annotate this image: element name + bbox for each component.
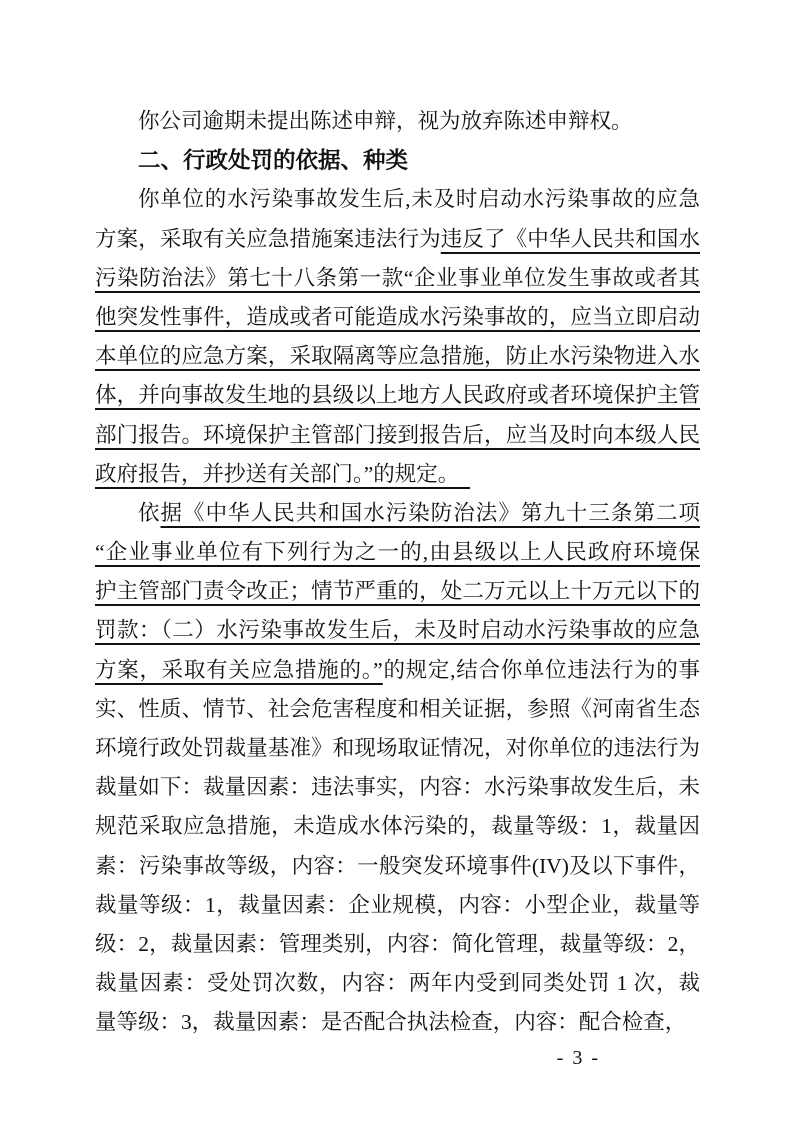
text-segment: 级：2，裁量因素：管理类别，内容：简化管理，裁量等级：2， — [95, 932, 700, 956]
underlined-text-segment: 方案，采取有关应急措施的。” — [95, 658, 383, 682]
text-segment: 的规定,结合你单位违法行为的事 — [383, 658, 700, 682]
text-line: 级：2，裁量因素：管理类别，内容：简化管理，裁量等级：2， — [95, 925, 700, 964]
text-segment: 量等级：3，裁量因素：是否配合执法检查，内容：配合检查， — [95, 1010, 686, 1034]
text-segment: 规范采取应急措施，未造成水体污染的，裁量等级：1，裁量因 — [95, 814, 700, 838]
text-line: 素：污染事故等级，内容：一般突发环境事件(IV)及以下事件， — [95, 847, 700, 886]
text-line: 政府报告，并抄送有关部门。”的规定。 — [95, 455, 700, 494]
underlined-text-segment: 体，并向事故发生地的县级以上地方人民政府或者环境保护主管 — [95, 383, 700, 407]
text-line: 他突发性事件，造成或者可能造成水污染事故的，应当立即启动 — [95, 298, 700, 337]
underlined-text-segment: 污染防治法》第七十八条第一款“企业事业单位发生事故或者其 — [95, 266, 700, 290]
text-segment: 二、行政处罚的依据、种类 — [138, 148, 408, 173]
underlined-text-segment: 据《中华人民共和国水污染防治法》第九十三条第二项 — [161, 501, 700, 525]
text-line: 裁量等级：1，裁量因素：企业规模，内容：小型企业，裁量等 — [95, 886, 700, 925]
text-segment: 实、性质、情节、社会危害程度和相关证据，参照《河南省生态 — [95, 697, 700, 721]
document-page: 你公司逾期未提出陈述申辩，视为放弃陈述申辩权。二、行政处罚的依据、种类你单位的水… — [0, 0, 793, 1122]
text-line: 你公司逾期未提出陈述申辩，视为放弃陈述申辩权。 — [95, 102, 700, 141]
underlined-text-segment: 罚款：（二）水污染事故发生后，未及时启动水污染事故的应急 — [95, 618, 700, 642]
text-line: 方案，采取有关应急措施案违法行为违反了《中华人民共和国水 — [95, 220, 700, 259]
text-line: 裁量如下：裁量因素：违法事实，内容：水污染事故发生后，未 — [95, 768, 700, 807]
text-segment: 你公司逾期未提出陈述申辩，视为放弃陈述申辩权。 — [138, 109, 633, 133]
text-line: 规范采取应急措施，未造成水体污染的，裁量等级：1，裁量因 — [95, 807, 700, 846]
text-segment: 环境行政处罚裁量基准》和现场取证情况，对你单位的违法行为 — [95, 736, 700, 760]
text-line: 裁量因素：受处罚次数，内容：两年内受到同类处罚 1 次，裁 — [95, 964, 700, 1003]
text-segment: 素：污染事故等级，内容：一般突发环境事件(IV)及以下事件， — [95, 854, 700, 878]
text-line: 体，并向事故发生地的县级以上地方人民政府或者环境保护主管 — [95, 376, 700, 415]
text-line: 实、性质、情节、社会危害程度和相关证据，参照《河南省生态 — [95, 690, 700, 729]
text-line: “企业事业单位有下列行为之一的,由县级以上人民政府环境保 — [95, 533, 700, 572]
text-line: 部门报告。环境保护主管部门接到报告后，应当及时向本级人民 — [95, 416, 700, 455]
text-segment: 裁量因素：受处罚次数，内容：两年内受到同类处罚 1 次，裁 — [95, 971, 700, 995]
text-line: 本单位的应急方案，采取隔离等应急措施，防止水污染物进入水 — [95, 337, 700, 376]
underlined-text-segment: 违反了《中华人民共和国水 — [441, 227, 700, 251]
text-line: 环境行政处罚裁量基准》和现场取证情况，对你单位的违法行为 — [95, 729, 700, 768]
underlined-text-segment: 本单位的应急方案，采取隔离等应急措施，防止水污染物进入水 — [95, 344, 700, 368]
document-lines: 你公司逾期未提出陈述申辩，视为放弃陈述申辩权。二、行政处罚的依据、种类你单位的水… — [95, 102, 700, 1043]
text-line: 护主管部门责令改正；情节严重的，处二万元以上十万元以下的 — [95, 572, 700, 611]
underlined-text-segment: 他突发性事件，造成或者可能造成水污染事故的，应当立即启动 — [95, 305, 700, 329]
document-body: 你公司逾期未提出陈述申辩，视为放弃陈述申辩权。二、行政处罚的依据、种类你单位的水… — [0, 0, 793, 1122]
section-heading: 二、行政处罚的依据、种类 — [95, 141, 700, 180]
text-line: 方案，采取有关应急措施的。”的规定,结合你单位违法行为的事 — [95, 651, 700, 690]
text-line: 你单位的水污染事故发生后,未及时启动水污染事故的应急 — [95, 180, 700, 219]
text-segment: 裁量等级：1，裁量因素：企业规模，内容：小型企业，裁量等 — [95, 893, 700, 917]
text-segment: 你单位的水污染事故发生后,未及时启动水污染事故的应急 — [138, 187, 700, 211]
underlined-text-segment: “企业事业单位有下列行为之一的,由县级以上人民政府环境保 — [95, 540, 700, 564]
text-line: 污染防治法》第七十八条第一款“企业事业单位发生事故或者其 — [95, 259, 700, 298]
text-segment: 依 — [138, 501, 161, 525]
text-line: 罚款：（二）水污染事故发生后，未及时启动水污染事故的应急 — [95, 611, 700, 650]
underlined-text-segment: 部门报告。环境保护主管部门接到报告后，应当及时向本级人民 — [95, 423, 700, 447]
text-line: 依据《中华人民共和国水污染防治法》第九十三条第二项 — [95, 494, 700, 533]
text-segment: 方案，采取有关应急措施案违法行为 — [95, 227, 441, 251]
underlined-text-segment: 政府报告，并抄送有关部门。”的规定。 — [95, 462, 470, 486]
page-number: - 3 - — [95, 1047, 700, 1069]
text-line: 量等级：3，裁量因素：是否配合执法检查，内容：配合检查， — [95, 1003, 700, 1042]
text-segment: 裁量如下：裁量因素：违法事实，内容：水污染事故发生后，未 — [95, 775, 700, 799]
underlined-text-segment: 护主管部门责令改正；情节严重的，处二万元以上十万元以下的 — [95, 579, 700, 603]
